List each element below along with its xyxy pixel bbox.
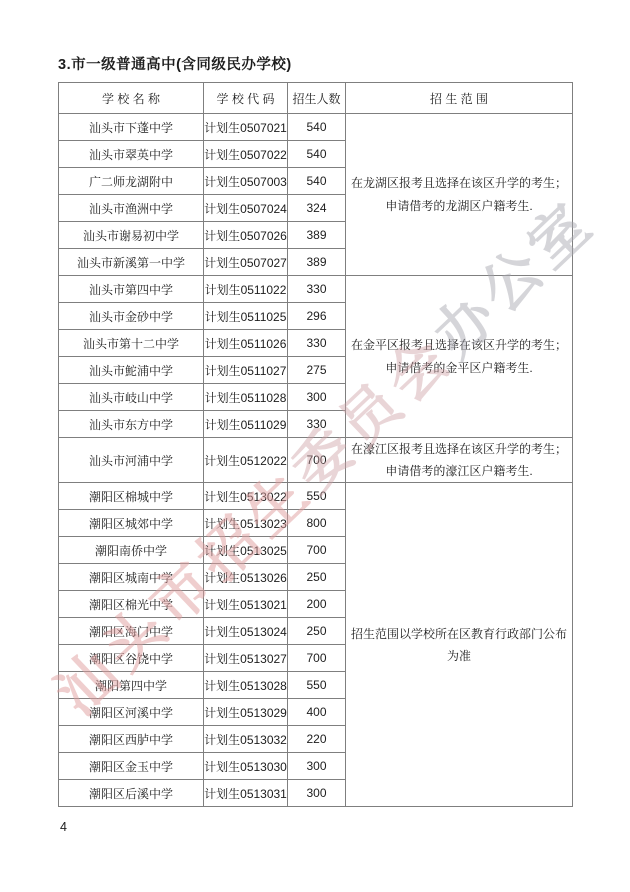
school-name-cell: 汕头市谢易初中学 bbox=[59, 222, 204, 249]
enrollment-count-cell: 275 bbox=[288, 357, 346, 384]
school-name-cell: 潮阳区城南中学 bbox=[59, 564, 204, 591]
enrollment-scope-cell: 在龙湖区报考且选择在该区升学的考生；申请借考的龙湖区户籍考生. bbox=[346, 114, 573, 276]
school-code-cell: 计划生0511026 bbox=[204, 330, 288, 357]
school-name-cell: 汕头市新溪第一中学 bbox=[59, 249, 204, 276]
school-code-cell: 计划生0507003 bbox=[204, 168, 288, 195]
school-name-cell: 潮阳区后溪中学 bbox=[59, 780, 204, 807]
school-code-cell: 计划生0513030 bbox=[204, 753, 288, 780]
school-code-cell: 计划生0511027 bbox=[204, 357, 288, 384]
school-name-cell: 汕头市鮀浦中学 bbox=[59, 357, 204, 384]
enrollment-count-cell: 300 bbox=[288, 780, 346, 807]
table-row: 汕头市下蓬中学 计划生0507021 540 在龙湖区报考且选择在该区升学的考生… bbox=[59, 114, 573, 141]
school-code-cell: 计划生0507026 bbox=[204, 222, 288, 249]
enrollment-count-cell: 540 bbox=[288, 168, 346, 195]
school-code-cell: 计划生0507027 bbox=[204, 249, 288, 276]
school-name-cell: 汕头市下蓬中学 bbox=[59, 114, 204, 141]
school-name-cell: 潮阳区棉光中学 bbox=[59, 591, 204, 618]
enrollment-count-cell: 550 bbox=[288, 483, 346, 510]
enrollment-count-cell: 700 bbox=[288, 645, 346, 672]
school-code-cell: 计划生0507021 bbox=[204, 114, 288, 141]
enrollment-count-cell: 250 bbox=[288, 618, 346, 645]
school-name-cell: 潮阳第四中学 bbox=[59, 672, 204, 699]
school-name-cell: 潮阳区金玉中学 bbox=[59, 753, 204, 780]
school-name-cell: 汕头市渔洲中学 bbox=[59, 195, 204, 222]
enrollment-count-cell: 550 bbox=[288, 672, 346, 699]
col-header-school-code: 学 校 代 码 bbox=[204, 83, 288, 114]
school-code-cell: 计划生0511025 bbox=[204, 303, 288, 330]
col-header-enrollment-count: 招生人数 bbox=[288, 83, 346, 114]
school-name-cell: 汕头市岐山中学 bbox=[59, 384, 204, 411]
school-name-cell: 潮阳区棉城中学 bbox=[59, 483, 204, 510]
enrollment-count-cell: 700 bbox=[288, 438, 346, 483]
school-name-cell: 潮阳区海门中学 bbox=[59, 618, 204, 645]
enrollment-count-cell: 300 bbox=[288, 384, 346, 411]
school-code-cell: 计划生0513025 bbox=[204, 537, 288, 564]
school-code-cell: 计划生0513031 bbox=[204, 780, 288, 807]
school-code-cell: 计划生0513022 bbox=[204, 483, 288, 510]
school-name-cell: 潮阳南侨中学 bbox=[59, 537, 204, 564]
school-name-cell: 汕头市东方中学 bbox=[59, 411, 204, 438]
table-row: 汕头市第四中学 计划生0511022 330 在金平区报考且选择在该区升学的考生… bbox=[59, 276, 573, 303]
enrollment-scope-cell: 在金平区报考且选择在该区升学的考生；申请借考的金平区户籍考生. bbox=[346, 276, 573, 438]
table-row: 汕头市河浦中学 计划生0512022 700 在濠江区报考且选择在该区升学的考生… bbox=[59, 438, 573, 483]
enrollment-count-cell: 700 bbox=[288, 537, 346, 564]
table-header-row: 学 校 名 称 学 校 代 码 招生人数 招 生 范 围 bbox=[59, 83, 573, 114]
school-code-cell: 计划生0512022 bbox=[204, 438, 288, 483]
school-code-cell: 计划生0511029 bbox=[204, 411, 288, 438]
enrollment-count-cell: 250 bbox=[288, 564, 346, 591]
school-name-cell: 潮阳区西胪中学 bbox=[59, 726, 204, 753]
school-code-cell: 计划生0513023 bbox=[204, 510, 288, 537]
enrollment-count-cell: 800 bbox=[288, 510, 346, 537]
enrollment-count-cell: 389 bbox=[288, 249, 346, 276]
school-code-cell: 计划生0513021 bbox=[204, 591, 288, 618]
enrollment-count-cell: 540 bbox=[288, 114, 346, 141]
enrollment-count-cell: 300 bbox=[288, 753, 346, 780]
school-code-cell: 计划生0513029 bbox=[204, 699, 288, 726]
enrollment-count-cell: 220 bbox=[288, 726, 346, 753]
school-code-cell: 计划生0507024 bbox=[204, 195, 288, 222]
enrollment-count-cell: 296 bbox=[288, 303, 346, 330]
school-code-cell: 计划生0513028 bbox=[204, 672, 288, 699]
enrollment-count-cell: 324 bbox=[288, 195, 346, 222]
section-title: 3.市一级普通高中(含同级民办学校) bbox=[58, 53, 292, 74]
enrollment-count-cell: 389 bbox=[288, 222, 346, 249]
school-code-cell: 计划生0511022 bbox=[204, 276, 288, 303]
school-code-cell: 计划生0511028 bbox=[204, 384, 288, 411]
enrollment-count-cell: 400 bbox=[288, 699, 346, 726]
school-name-cell: 汕头市第四中学 bbox=[59, 276, 204, 303]
school-name-cell: 汕头市第十二中学 bbox=[59, 330, 204, 357]
enrollment-count-cell: 200 bbox=[288, 591, 346, 618]
enrollment-count-cell: 330 bbox=[288, 276, 346, 303]
col-header-school-name: 学 校 名 称 bbox=[59, 83, 204, 114]
school-name-cell: 潮阳区河溪中学 bbox=[59, 699, 204, 726]
page-number: 4 bbox=[60, 820, 67, 834]
enrollment-count-cell: 330 bbox=[288, 411, 346, 438]
document-page: 3.市一级普通高中(含同级民办学校) 学 校 名 称 学 校 代 码 招生人数 … bbox=[0, 0, 630, 892]
school-code-cell: 计划生0513027 bbox=[204, 645, 288, 672]
school-name-cell: 汕头市翠英中学 bbox=[59, 141, 204, 168]
school-code-cell: 计划生0507022 bbox=[204, 141, 288, 168]
enrollment-count-cell: 330 bbox=[288, 330, 346, 357]
school-code-cell: 计划生0513026 bbox=[204, 564, 288, 591]
table-row: 潮阳区棉城中学 计划生0513022 550 招生范围以学校所在区教育行政部门公… bbox=[59, 483, 573, 510]
school-code-cell: 计划生0513024 bbox=[204, 618, 288, 645]
school-code-cell: 计划生0513032 bbox=[204, 726, 288, 753]
school-name-cell: 潮阳区谷饶中学 bbox=[59, 645, 204, 672]
admission-plan-table: 学 校 名 称 学 校 代 码 招生人数 招 生 范 围 汕头市下蓬中学 计划生… bbox=[58, 82, 573, 807]
school-name-cell: 汕头市金砂中学 bbox=[59, 303, 204, 330]
enrollment-scope-cell: 在濠江区报考且选择在该区升学的考生；申请借考的濠江区户籍考生. bbox=[346, 438, 573, 483]
col-header-enrollment-scope: 招 生 范 围 bbox=[346, 83, 573, 114]
school-name-cell: 潮阳区城郊中学 bbox=[59, 510, 204, 537]
school-name-cell: 汕头市河浦中学 bbox=[59, 438, 204, 483]
enrollment-scope-cell: 招生范围以学校所在区教育行政部门公布为准 bbox=[346, 483, 573, 807]
enrollment-count-cell: 540 bbox=[288, 141, 346, 168]
school-name-cell: 广二师龙湖附中 bbox=[59, 168, 204, 195]
